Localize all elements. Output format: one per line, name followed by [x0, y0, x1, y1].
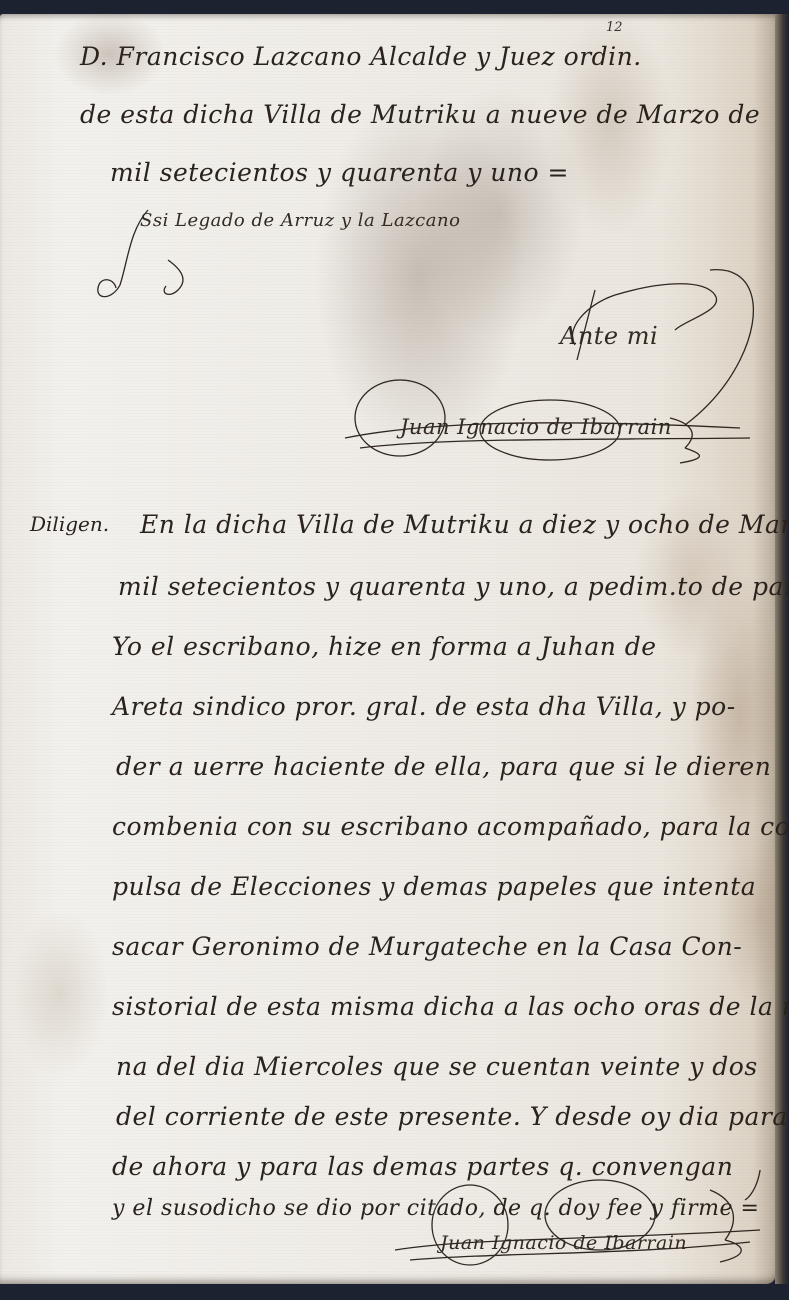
attestation-line: Ssi Legado de Arruz y la Lazcano	[140, 210, 460, 231]
text-line: del corriente de este presente. Y desde …	[116, 1102, 788, 1131]
text-line: na del dia Miercoles que se cuentan vein…	[116, 1052, 758, 1081]
text-line: sistorial de esta misma dicha a las ocho…	[112, 992, 789, 1021]
escribano-signature-bottom: Juan Ignacio de Ibarrain	[440, 1232, 687, 1254]
text-line: D. Francisco Lazcano Alcalde y Juez ordi…	[80, 42, 642, 71]
escribano-signature: Juan Ignacio de Ibarrain	[400, 415, 672, 439]
text-line: En la dicha Villa de Mutriku a diez y oc…	[140, 510, 789, 539]
page-edge-shadow	[775, 14, 789, 1284]
text-line: mil setecientos y quarenta y uno =	[110, 158, 569, 187]
text-line: pulsa de Elecciones y demas papeles que …	[112, 872, 756, 901]
text-line: sacar Geronimo de Murgateche en la Casa …	[112, 932, 742, 961]
text-line: de ahora y para las demas partes q. conv…	[112, 1152, 733, 1181]
text-line: mil setecientos y quarenta y uno, a pedi…	[118, 572, 789, 601]
text-line: Yo el escribano, hize en forma a Juhan d…	[112, 632, 657, 661]
text-line: Areta sindico pror. gral. de esta dha Vi…	[112, 692, 736, 721]
folio-number: 12	[606, 20, 623, 35]
text-line: de esta dicha Villa de Mutriku a nueve d…	[80, 100, 760, 129]
margin-note: Diligen.	[30, 512, 109, 536]
text-line: y el susodicho se dio por citado, de q. …	[112, 1196, 759, 1221]
text-line: combenia con su escribano acompañado, pa…	[112, 812, 789, 841]
text-line: der a uerre haciente de ella, para que s…	[116, 752, 771, 781]
ante-mi-signature: Ante mi	[560, 322, 658, 350]
